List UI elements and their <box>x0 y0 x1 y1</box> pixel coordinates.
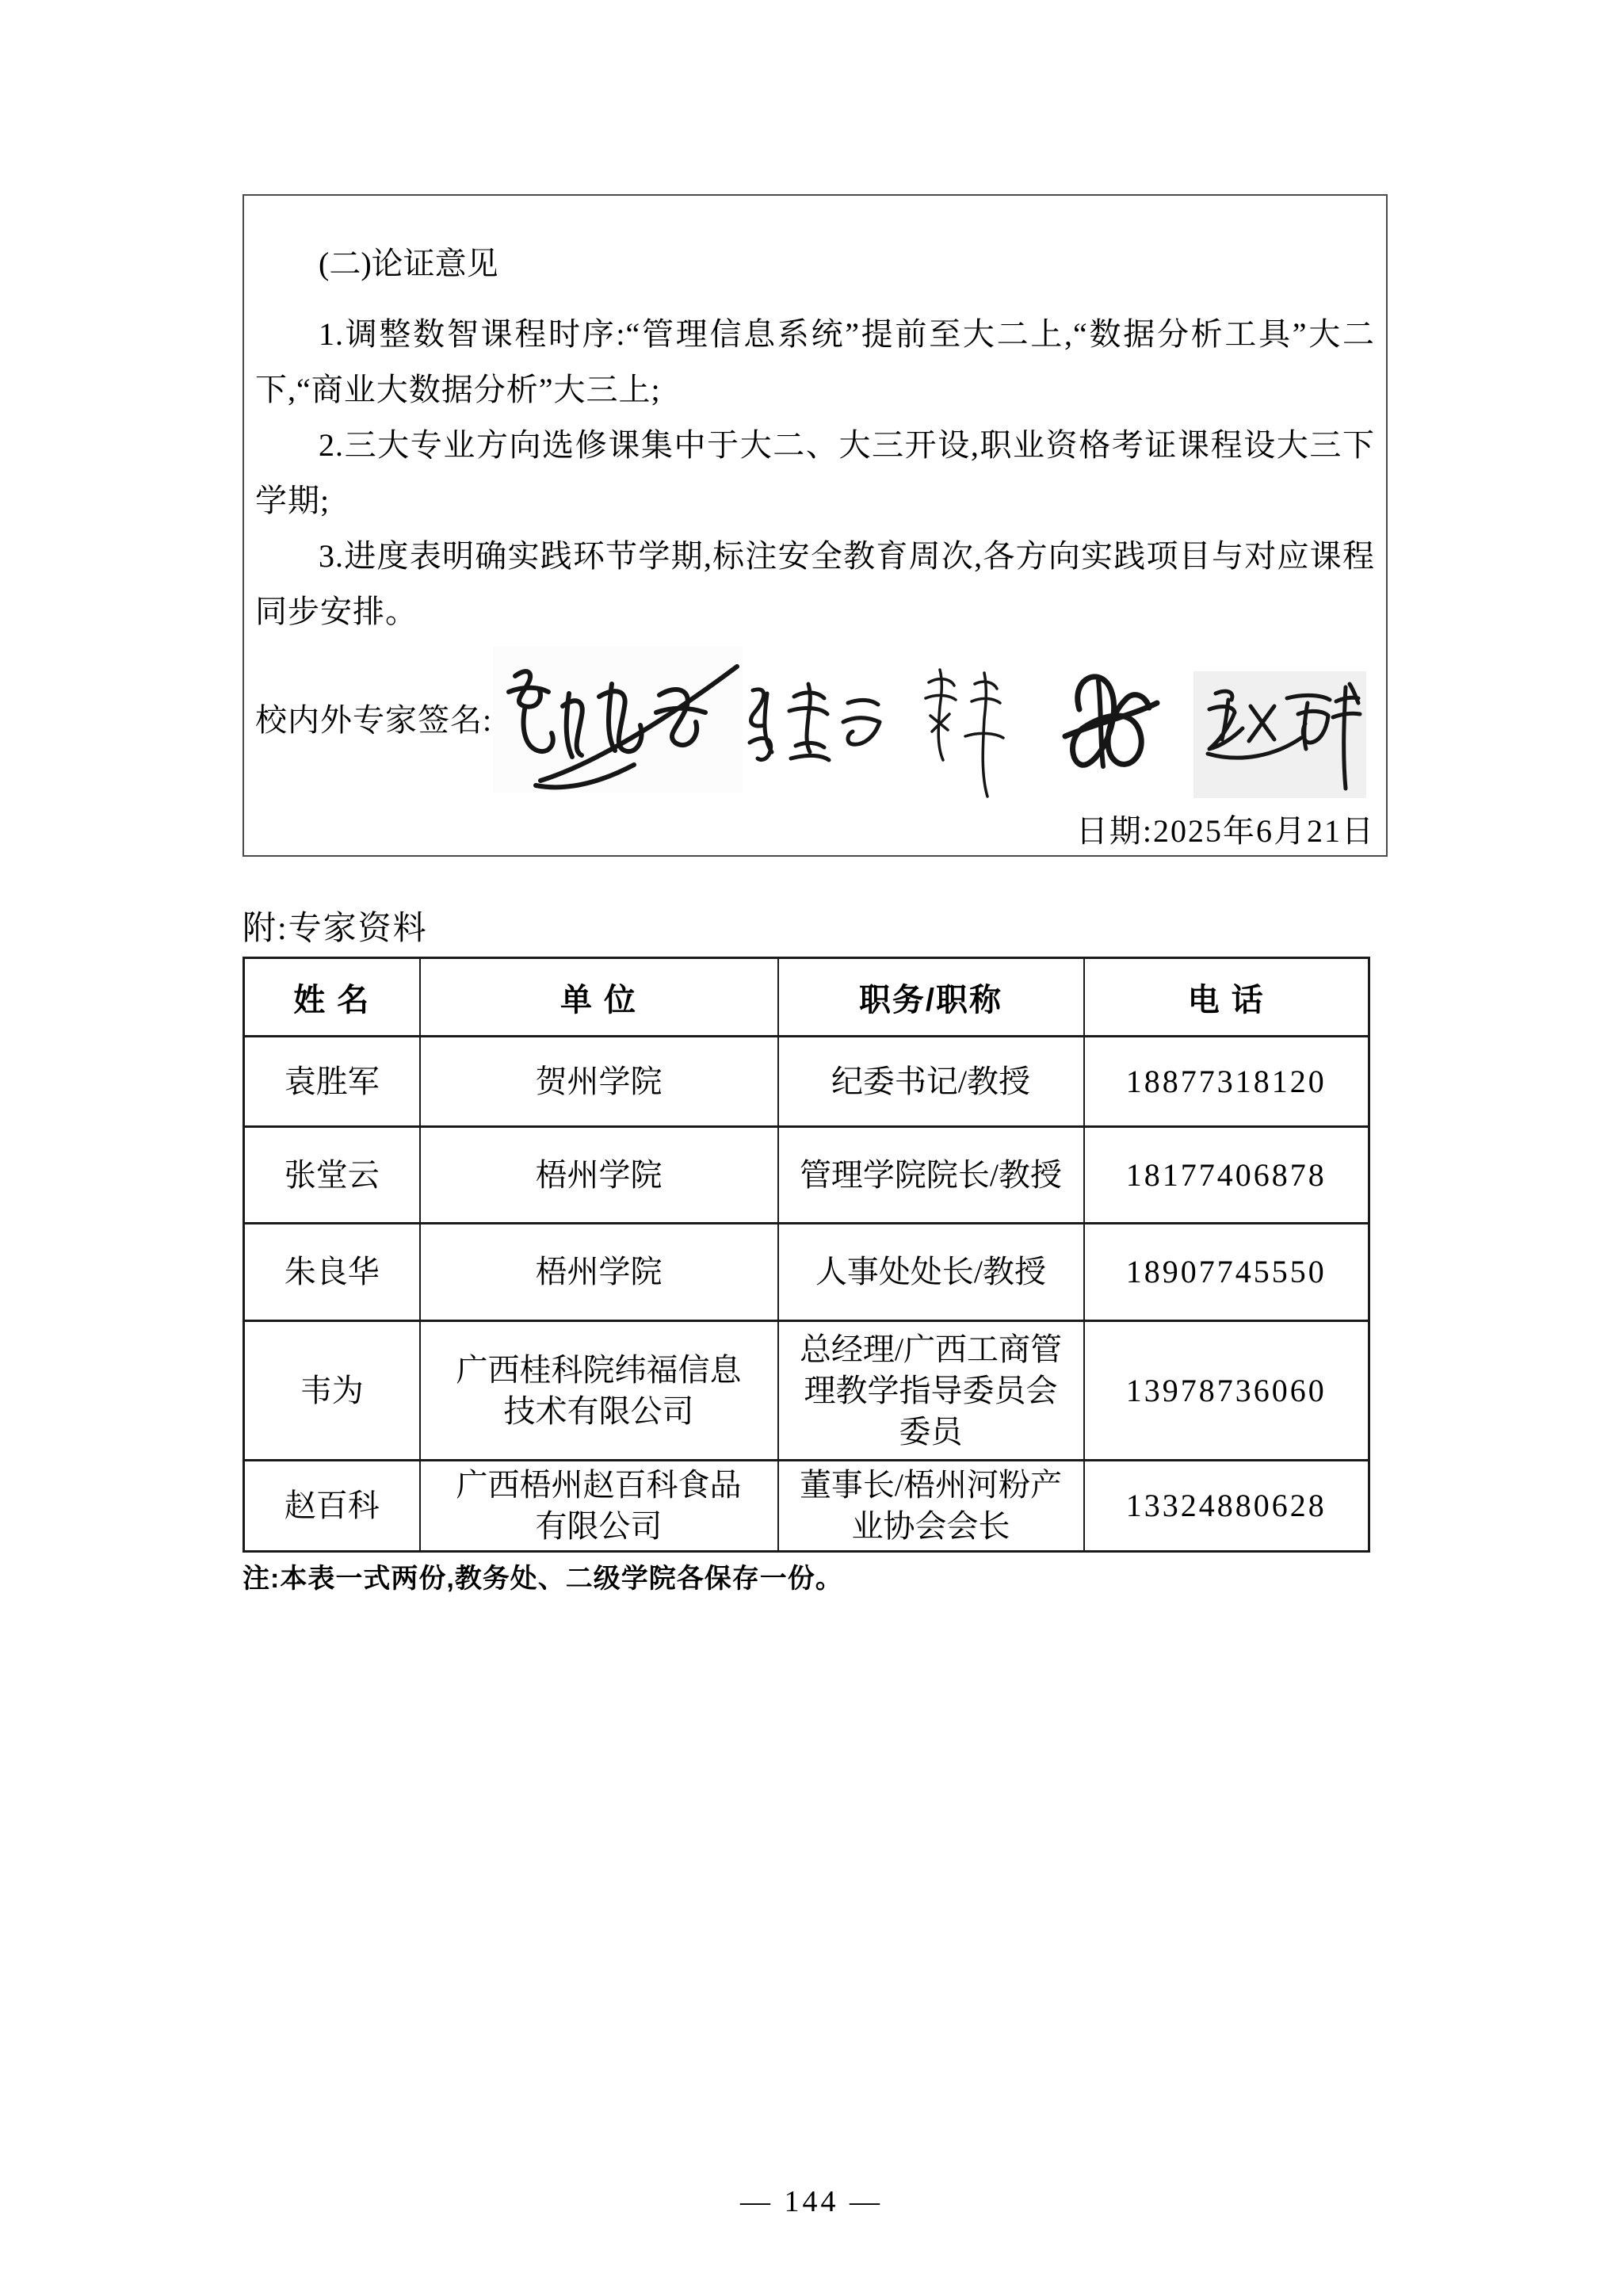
cell-phone: 18177406878 <box>1084 1127 1369 1224</box>
cell-title: 人事处处长/教授 <box>778 1224 1084 1321</box>
signature-zhao-baike <box>1193 671 1366 798</box>
cell-unit: 广西梧州赵百科食品有限公司 <box>420 1461 778 1552</box>
cell-title: 总经理/广西工商管理教学指导委员会委员 <box>778 1321 1084 1461</box>
header-name: 姓 名 <box>244 958 420 1037</box>
attachment-title: 附:专家资料 <box>242 902 428 949</box>
opinion-paragraph-3: 3.进度表明确实践环节学期,标注安全教育周次,各方向实践项目与对应课程同步安排。 <box>255 529 1375 640</box>
cell-unit: 梧州学院 <box>420 1127 778 1224</box>
cell-phone: 18877318120 <box>1084 1037 1369 1127</box>
cell-name: 韦为 <box>244 1321 420 1461</box>
cell-unit: 梧州学院 <box>420 1224 778 1321</box>
table-note: 注:本表一式两份,教务处、二级学院各保存一份。 <box>242 1557 843 1595</box>
table-row: 朱良华 梧州学院 人事处处长/教授 18907745550 <box>244 1224 1369 1321</box>
signature-label: 校内外专家签名: <box>255 695 492 740</box>
cell-name: 朱良华 <box>244 1224 420 1321</box>
expert-table: 姓 名 单 位 职务/职称 电 话 袁胜军 贺州学院 纪委书记/教授 18877… <box>242 957 1370 1553</box>
cell-name: 袁胜军 <box>244 1037 420 1127</box>
table-row: 张堂云 梧州学院 管理学院院长/教授 18177406878 <box>244 1127 1369 1224</box>
header-phone: 电 话 <box>1084 958 1369 1037</box>
opinion-heading: (二)论证意见 <box>255 235 1375 292</box>
cell-name: 赵百科 <box>244 1461 420 1552</box>
header-title: 职务/职称 <box>778 958 1084 1037</box>
cell-phone: 13978736060 <box>1084 1321 1369 1461</box>
cell-title: 管理学院院长/教授 <box>778 1127 1084 1224</box>
signature-zhu-lianghua <box>916 660 1023 801</box>
table-header-row: 姓 名 单 位 职务/职称 电 话 <box>244 958 1369 1037</box>
signature-zhang-tangyun <box>739 676 889 775</box>
opinion-paragraph-2: 2.三大专业方向选修课集中于大二、大三开设,职业资格考证课程设大三下学期; <box>255 418 1375 529</box>
cell-name: 张堂云 <box>244 1127 420 1224</box>
table-row: 韦为 广西桂科院纬福信息技术有限公司 总经理/广西工商管理教学指导委员会委员 1… <box>244 1321 1369 1461</box>
signature-yuan-shengjun <box>493 646 743 793</box>
page-number: — 144 — <box>0 2184 1623 2219</box>
date-line: 日期:2025年6月21日 <box>1076 806 1375 851</box>
table-row: 赵百科 广西梧州赵百科食品有限公司 董事长/梧州河粉产业协会会长 1332488… <box>244 1461 1369 1552</box>
cell-unit: 广西桂科院纬福信息技术有限公司 <box>420 1321 778 1461</box>
opinion-paragraph-1: 1.调整数智课程时序:“管理信息系统”提前至大二上,“数据分析工具”大二下,“商… <box>255 307 1375 418</box>
cell-phone: 18907745550 <box>1084 1224 1369 1321</box>
signature-wei-wei <box>1052 659 1163 785</box>
cell-unit: 贺州学院 <box>420 1037 778 1127</box>
cell-title: 纪委书记/教授 <box>778 1037 1084 1127</box>
table-row: 袁胜军 贺州学院 纪委书记/教授 18877318120 <box>244 1037 1369 1127</box>
opinion-box: (二)论证意见 1.调整数智课程时序:“管理信息系统”提前至大二上,“数据分析工… <box>242 194 1388 857</box>
header-unit: 单 位 <box>420 958 778 1037</box>
cell-title: 董事长/梧州河粉产业协会会长 <box>778 1461 1084 1552</box>
cell-phone: 13324880628 <box>1084 1461 1369 1552</box>
